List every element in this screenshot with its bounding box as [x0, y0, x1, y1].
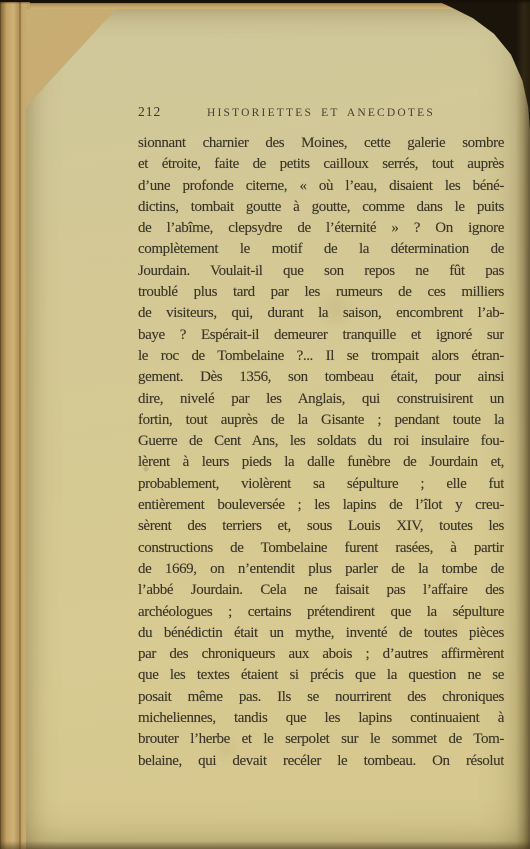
text-line: fortin, tout auprès de la Gisante ; pend… [138, 410, 504, 431]
text-line: constructions de Tombelaine furent rasée… [138, 538, 504, 559]
text-line: belaine, qui devait recéler le tombeau. … [138, 751, 504, 772]
page-corner-fold [26, 9, 116, 107]
scanned-book-page-photo: 212 HISTORIETTES ET ANECDOTES sionnant c… [0, 0, 530, 849]
text-line: baye ? Espérait-il demeurer tranquille e… [138, 325, 504, 346]
text-line: Jourdain. Voulait-il que son repos ne fû… [138, 261, 504, 282]
text-line: dire, nivelé par les Anglais, qui constr… [138, 389, 504, 410]
body-text: sionnant charnier des Moines, cette gale… [138, 133, 504, 772]
text-line: dictins, tombait goutte à goutte, comme … [138, 197, 504, 218]
text-line: lèrent à leurs pieds la dalle funèbre de… [138, 452, 504, 473]
text-line: sionnant charnier des Moines, cette gale… [138, 133, 504, 154]
text-line: troublé plus tard par les rumeurs de ces… [138, 282, 504, 303]
page-number: 212 [138, 104, 161, 120]
text-line: l’abbé Jourdain. Cela ne faisait pas l’a… [138, 580, 504, 601]
text-line: et étroite, faite de petits cailloux ser… [138, 154, 504, 175]
text-line: d’une profonde citerne, « où l’eau, disa… [138, 176, 504, 197]
page-header: 212 HISTORIETTES ET ANECDOTES [138, 103, 504, 123]
text-line: complètement le motif de la déterminatio… [138, 239, 504, 260]
text-line: par des chroniqueurs aux abois ; d’autre… [138, 644, 504, 665]
text-line: que les textes étaient si précis que la … [138, 665, 504, 686]
text-line: archéologues ; certains prétendirent que… [138, 602, 504, 623]
text-line: posait même pas. Ils se nourrirent des c… [138, 687, 504, 708]
text-line: gement. Dès 1356, son tombeau était, pou… [138, 367, 504, 388]
text-line: probablement, violèrent sa sépulture ; e… [138, 474, 504, 495]
text-line: sèrent des terriers et, sous Louis XIV, … [138, 516, 504, 537]
text-line: micheliennes, tandis que les lapins cont… [138, 708, 504, 729]
text-line: brouter l’herbe et le serpolet sur le so… [138, 729, 504, 750]
text-line: Guerre de Cent Ans, les soldats du roi i… [138, 431, 504, 452]
text-line: le roc de Tombelaine ?... Il se trompait… [138, 346, 504, 367]
text-line: de l’abîme, clepsydre de l’éternité » ? … [138, 218, 504, 239]
book-page: 212 HISTORIETTES ET ANECDOTES sionnant c… [26, 9, 530, 849]
text-line: entièrement bouleversée ; les lapins de … [138, 495, 504, 516]
running-title: HISTORIETTES ET ANECDOTES [207, 107, 435, 119]
text-line: de visiteurs, qui, durant la saison, enc… [138, 303, 504, 324]
text-line: de 1669, on n’entendit plus parler de la… [138, 559, 504, 580]
text-line: du bénédictin était un mythe, inventé de… [138, 623, 504, 644]
